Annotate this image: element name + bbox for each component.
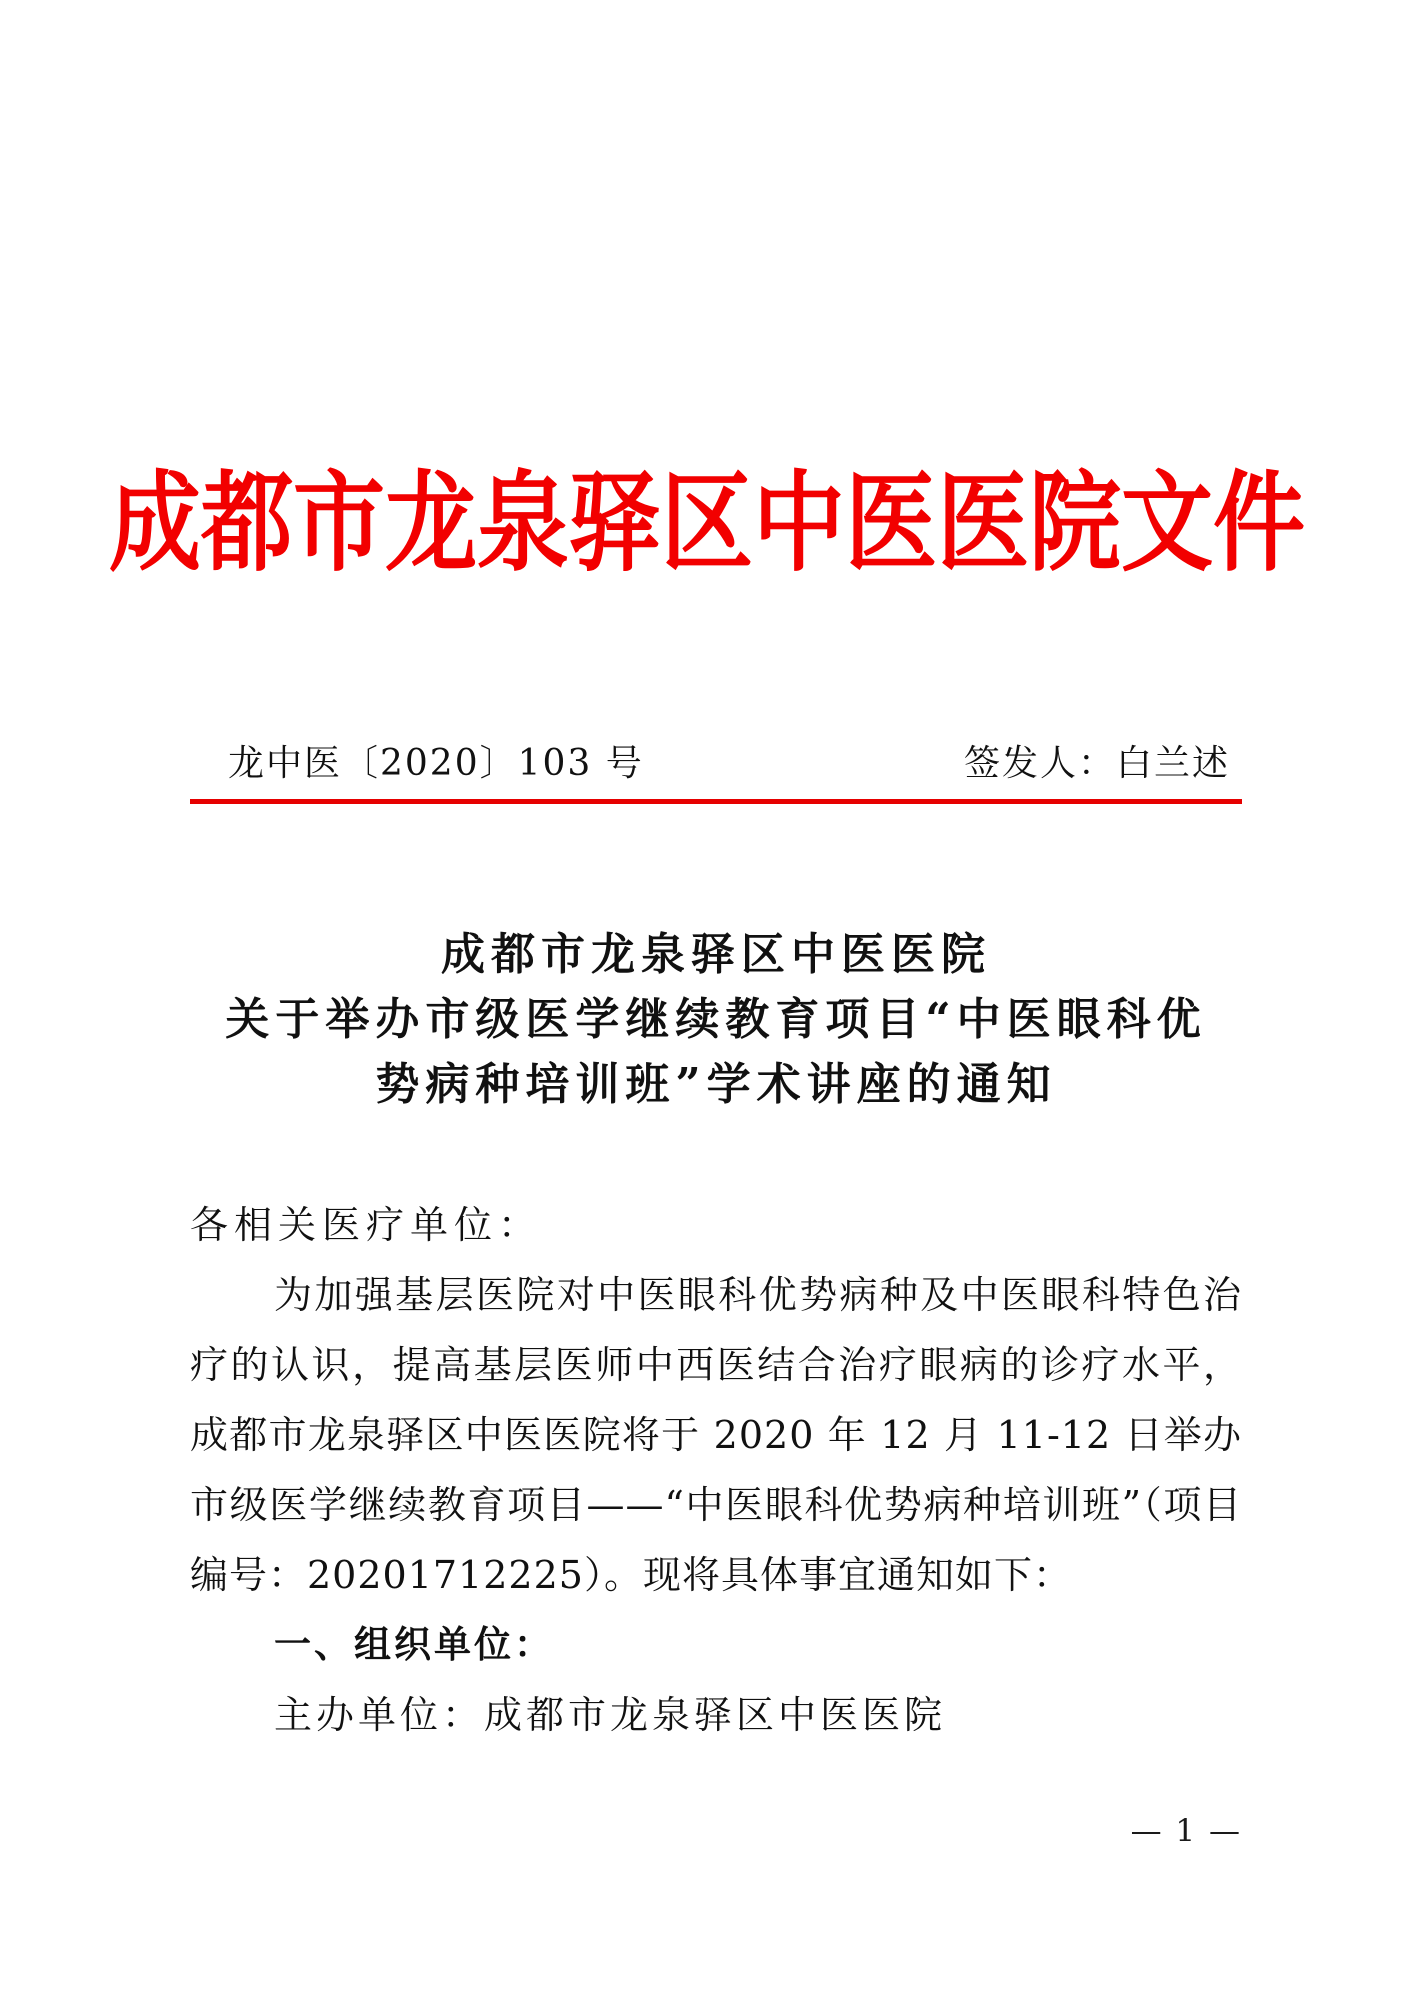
body-paragraph: 为加强基层医院对中医眼科优势病种及中医眼科特色治疗的认识，提高基层医师中西医结合…: [190, 1260, 1242, 1610]
doc-title-line-3: 势病种培训班”学术讲座的通知: [106, 1052, 1326, 1117]
salutation: 各相关医疗单位：: [190, 1190, 1242, 1260]
red-divider-line: [190, 799, 1242, 804]
issuer-signature: 签发人：白兰述: [964, 742, 1242, 786]
page-number: — 1 —: [1000, 1812, 1242, 1850]
doc-number: 龙中医〔2020〕103 号: [190, 742, 644, 786]
document-body: 各相关医疗单位： 为加强基层医院对中医眼科优势病种及中医眼科特色治疗的认识，提高…: [190, 1190, 1242, 1750]
doc-title: 成都市龙泉驿区中医医院 关于举办市级医学继续教育项目“中医眼科优 势病种培训班”…: [106, 922, 1326, 1117]
host-unit-line: 主办单位：成都市龙泉驿区中医医院: [190, 1680, 1242, 1750]
doc-title-line-2: 关于举办市级医学继续教育项目“中医眼科优: [106, 987, 1326, 1052]
section-heading-organizers: 一、组织单位：: [190, 1610, 1242, 1680]
red-header-banner: 成都市龙泉驿区中医医院文件: [0, 466, 1414, 579]
document-page: 成都市龙泉驿区中医医院文件 龙中医〔2020〕103 号 签发人：白兰述 成都市…: [0, 0, 1414, 2000]
doc-meta-row: 龙中医〔2020〕103 号 签发人：白兰述: [190, 742, 1242, 786]
doc-title-line-1: 成都市龙泉驿区中医医院: [106, 922, 1326, 987]
